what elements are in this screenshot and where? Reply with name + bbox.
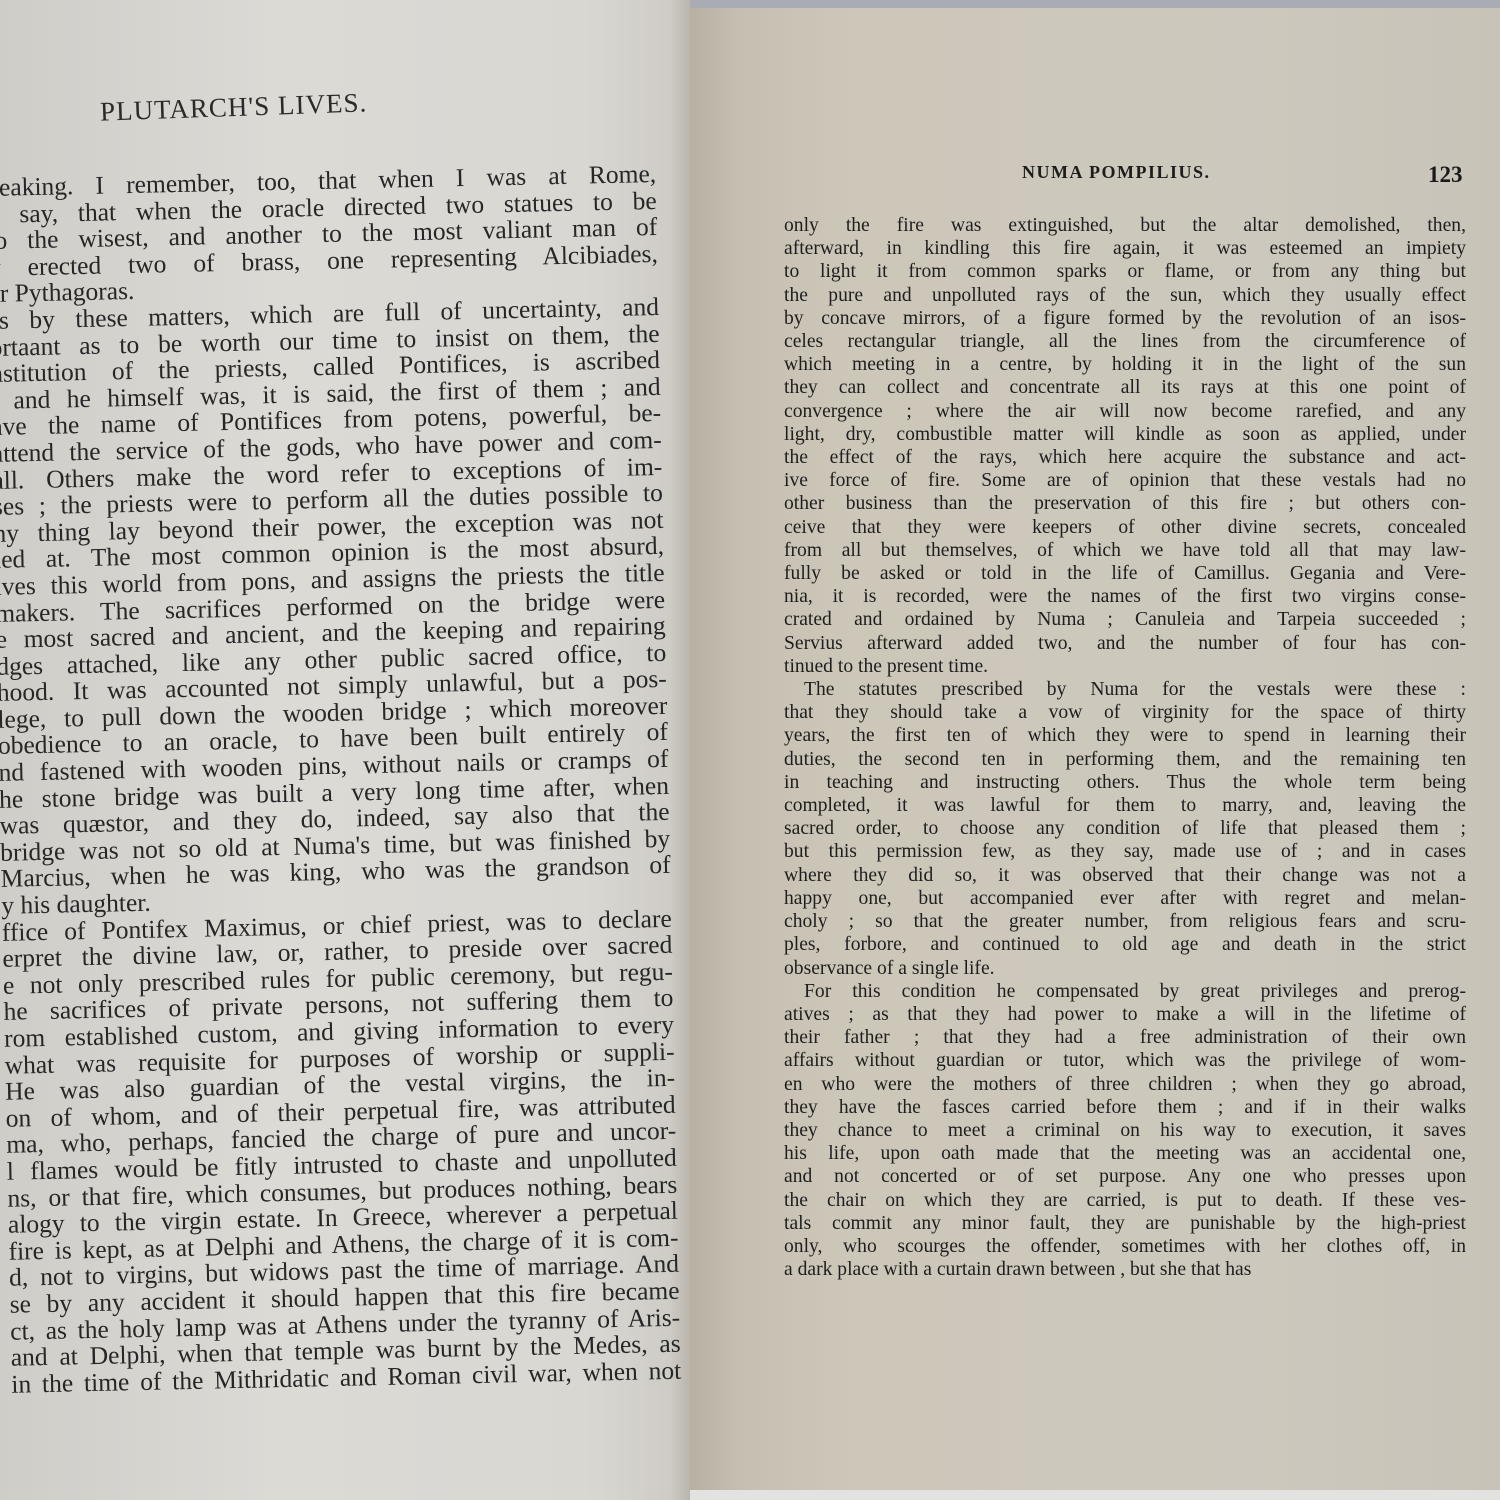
- text-line: which meeting in a centre, by holding it…: [784, 353, 1466, 376]
- text-line: tals commit any minor fault, they are pu…: [784, 1212, 1466, 1235]
- text-line: afterward, in kindling this fire again, …: [784, 237, 1466, 260]
- text-line: that they should take a vow of virginity…: [784, 701, 1466, 724]
- text-line: atives ; as that they had power to make …: [784, 1003, 1466, 1026]
- text-line: light, dry, combustible matter will kind…: [784, 423, 1466, 446]
- text-line: to light it from common sparks or flame,…: [784, 260, 1466, 283]
- text-line: where they did so, it was observed that …: [784, 864, 1466, 887]
- text-line: ples, forbore, and continued to old age …: [784, 933, 1466, 956]
- text-line: ceive that they were keepers of other di…: [784, 516, 1466, 539]
- text-line: the chair on which they are carried, is …: [784, 1189, 1466, 1212]
- text-line: they can collect and concentrate all its…: [784, 376, 1466, 399]
- text-line: and not concerted or of set purpose. Any…: [784, 1165, 1466, 1188]
- text-line: only the fire was extinguished, but the …: [784, 214, 1466, 237]
- text-line: only, who scourges the offender, sometim…: [784, 1235, 1466, 1258]
- text-line: nia, it is recorded, were the names of t…: [784, 585, 1466, 608]
- text-line: a dark place with a curtain drawn betwee…: [784, 1258, 1466, 1281]
- text-line: happy one, but accompanied ever after wi…: [784, 887, 1466, 910]
- right-page-text: only the fire was extinguished, but the …: [784, 214, 1466, 1281]
- right-running-head: NUMA POMPILIUS.: [1022, 162, 1211, 183]
- text-line: by concave mirrors, of a figure formed b…: [784, 307, 1466, 330]
- text-line: en who were the mothers of three childre…: [784, 1073, 1466, 1096]
- text-line: their father ; that they had a free admi…: [784, 1026, 1466, 1049]
- text-line: from all but themselves, of which we hav…: [784, 539, 1466, 562]
- text-line: the effect of the rays, which here acqui…: [784, 446, 1466, 469]
- text-line: his life, upon oath made that the meetin…: [784, 1142, 1466, 1165]
- text-line: sacred order, to choose any condition of…: [784, 817, 1466, 840]
- text-line: choly ; so that the greater number, from…: [784, 910, 1466, 933]
- page-number: 123: [1428, 162, 1463, 188]
- text-line: fully be asked or told in the life of Ca…: [784, 562, 1466, 585]
- text-line: Servius afterward added two, and the num…: [784, 632, 1466, 655]
- text-line: completed, it was lawful for them to mar…: [784, 794, 1466, 817]
- open-book-spread: PLUTARCH'S LIVES. peaking. I remember, t…: [0, 0, 1500, 1500]
- text-line: affairs without guardian or tutor, which…: [784, 1049, 1466, 1072]
- left-page-text: peaking. I remember, too, that when I wa…: [0, 161, 681, 1398]
- text-line: years, the first ten of which they were …: [784, 724, 1466, 747]
- background-strip-bottom: [690, 1490, 1500, 1500]
- text-line: other business than the preservation of …: [784, 492, 1466, 515]
- text-line: crated and ordained by Numa ; Canuleia a…: [784, 608, 1466, 631]
- text-line: convergence ; where the air will now bec…: [784, 400, 1466, 423]
- text-line: celes rectangular triangle, all the line…: [784, 330, 1466, 353]
- text-line: observance of a single life.: [784, 957, 1466, 980]
- text-line: duties, the second ten in performing the…: [784, 748, 1466, 771]
- text-line: in teaching and instructing others. Thus…: [784, 771, 1466, 794]
- text-line: they have the fasces carried before them…: [784, 1096, 1466, 1119]
- background-strip-top: [690, 0, 1500, 8]
- text-line: they chance to meet a criminal on his wa…: [784, 1119, 1466, 1142]
- text-line: For this condition he compensated by gre…: [784, 980, 1466, 1003]
- text-line: ive force of fire. Some are of opinion t…: [784, 469, 1466, 492]
- text-line: The statutes prescribed by Numa for the …: [784, 678, 1466, 701]
- text-line: but this permission few, as they say, ma…: [784, 840, 1466, 863]
- text-line: tinued to the present time.: [784, 655, 1466, 678]
- text-line: the pure and unpolluted rays of the sun,…: [784, 284, 1466, 307]
